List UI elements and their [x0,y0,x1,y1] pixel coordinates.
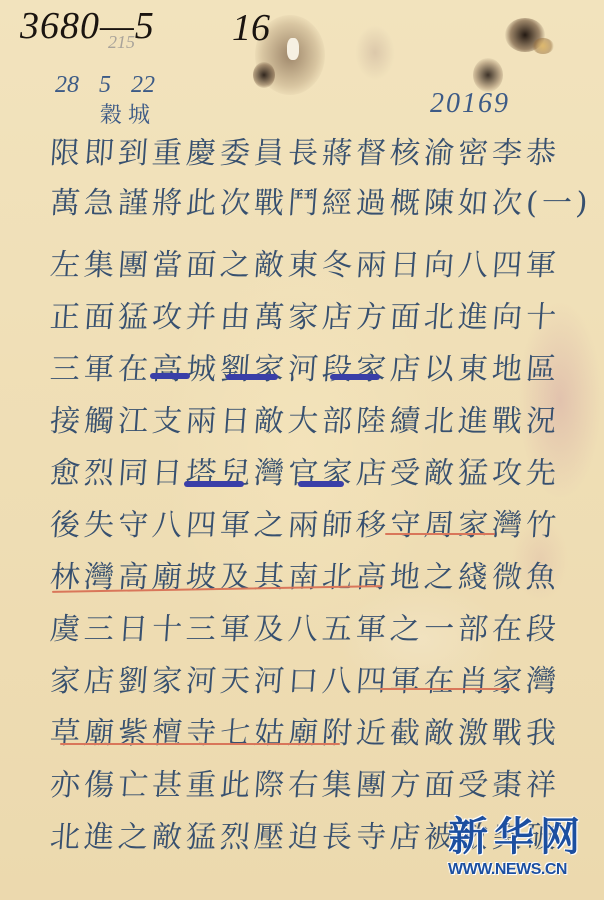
text-line: 三軍在高城劉家河段家店以東地區 [48,348,511,392]
pencil-note: 215 [108,32,135,53]
burn-stain [253,62,275,88]
blue-underline [330,374,380,380]
document-code: 20169 [430,88,510,120]
red-underline [380,688,510,690]
text-line: 愈烈同日塔兒灣官家店受敵猛攻先 [48,452,511,496]
text-line: 家店劉家河天河口八四軍在肖家灣 [48,660,511,704]
watermark-url: WWW.NEWS.CN [448,861,588,879]
text-line: 林灣高廟坡及其南北高地之綫微魚 [48,556,511,600]
red-underline [385,533,495,535]
place-note: 穀城 [100,98,156,129]
red-underline [60,743,340,745]
date-note: 28 5 22 [55,72,155,99]
burn-stain [532,38,554,54]
blue-underline [150,373,190,379]
blue-underline [226,374,278,380]
text-line: 限即到重慶委員長蔣督核渝密李恭 [48,132,511,176]
text-line: 後失守八四軍之兩師移守周家灣竹 [48,504,511,548]
text-line: 正面猛攻并由萬家店方面北進向十 [48,296,511,340]
text-line: 草廟紫檀寺七姑廟附近截敵激戰我 [48,712,511,756]
blue-underline [298,481,344,487]
faded-stain [355,25,395,80]
text-line: 亦傷亡甚重此際右集團方面受棗祥 [48,764,511,808]
paper-hole [287,38,299,60]
text-line: 接觸江支兩日敵大部陸續北進戰況 [48,400,511,444]
text-line: 左集團當面之敵東冬兩日向八四軍 [48,244,511,288]
text-line: 北進之敵猛烈壓迫長寺店被敵突破 [48,816,511,860]
watermark-brand: 新华网 [448,815,588,859]
text-line: 萬急謹將此次戰鬥經過概陳如次(一) [48,182,511,226]
page-number: 16 [232,6,270,50]
blue-underline [184,481,244,487]
xinhua-watermark: 新华网 WWW.NEWS.CN [448,815,588,879]
text-line: 虞三日十三軍及八五軍之一部在段 [48,608,511,652]
burn-stain [473,58,503,92]
